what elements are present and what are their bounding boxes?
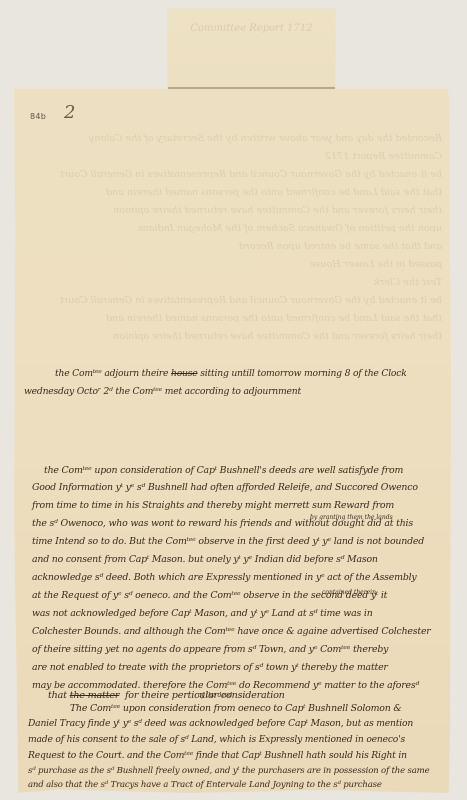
text-line: Colchester Bounds. and although the Comᵗ… xyxy=(32,623,431,641)
text-line: time Intend so to do. But the Comᵗᵉᵉ obs… xyxy=(32,533,431,551)
slip-fold-line xyxy=(168,87,335,89)
minutes-text: the Comᵗᵉᵉ adjourn theire xyxy=(55,368,168,379)
struck-word: house xyxy=(171,368,198,379)
paragraph-tracy-deed-body: Daniel Tracy finde yᵗ yᵉ sᵈ deed was ack… xyxy=(28,716,430,792)
text-line: acknowledge sᵈ deed. Both which are Expr… xyxy=(32,569,431,587)
text-line: made of his consent to the sale of sᵈ La… xyxy=(28,732,430,748)
bleed-through-text: Recorded the day and year above written … xyxy=(22,130,442,346)
text-line: Daniel Tracy finde yᵗ yᵉ sᵈ deed was ack… xyxy=(28,716,430,732)
bleed-line: their heirs forever and the Committee ha… xyxy=(22,202,442,220)
minutes-adjournment: the Comᵗᵉᵉ adjourn theire house sitting … xyxy=(55,365,407,383)
text-line: are not enabled to treate with the propr… xyxy=(32,659,431,677)
text-line: the sᵈ Owenoco, who was wont to reward h… xyxy=(32,515,431,533)
bleed-line: and that the same be entred upon Record xyxy=(22,238,442,256)
text-line: from time to time in his Straights and t… xyxy=(32,497,431,515)
bleed-line: Committee Report 1712 xyxy=(22,148,442,166)
scan-background: Committee Report 1712 84b 2 Recorded the… xyxy=(0,0,467,800)
text-line: and no consent from Capᵗ Mason. but onel… xyxy=(32,551,431,569)
text-line: sᵈ purchase as the sᵈ Bushnell freely ow… xyxy=(28,764,430,778)
archive-label: 84b xyxy=(30,112,46,121)
text-line: at the Request of yᵉ sᵈ oeneco. and the … xyxy=(32,587,431,605)
bleed-line: that the said Land be confirmed unto the… xyxy=(22,184,442,202)
page-number: 2 xyxy=(64,102,75,123)
minutes-line: the Comᵗᵉᵉ adjourn theire house sitting … xyxy=(55,365,407,383)
text-line: Request to the Court. and the Comᵗᵉᵉ fin… xyxy=(28,748,430,764)
paragraph-bushnell-deeds: the Comᵗᵉᵉ upon consideration of Capᵗ Bu… xyxy=(44,462,403,480)
text-line: was not acknowledged before Capᵗ Mason, … xyxy=(32,605,431,623)
text-line: and also that the sᵈ Tracys have a Tract… xyxy=(28,778,430,792)
text-line: Good Information yᵗ yᵉ sᵈ Bushnell had o… xyxy=(32,479,431,497)
bleed-line: their heirs forever and the Committee ha… xyxy=(22,328,442,346)
slip-faint-text: Committee Report 1712 xyxy=(168,23,335,34)
text: that xyxy=(48,690,70,701)
minutes-meeting-date: wednesday Octoʳ 2ᵈ the Comᵗᵉᵉ met accord… xyxy=(24,383,301,401)
attached-paper-slip: Committee Report 1712 xyxy=(168,9,335,89)
interlineation: of the deed xyxy=(198,692,232,699)
text-line: of theire sitting yet no agents do appea… xyxy=(32,641,431,659)
bleed-line: be it enacted by the Governour Council a… xyxy=(22,166,442,184)
minutes-line: wednesday Octoʳ 2ᵈ the Comᵗᵉᵉ met accord… xyxy=(24,383,301,401)
bleed-line: Recorded the day and year above written … xyxy=(22,130,442,148)
bleed-line: upon the petition of Owaneco Sachem of t… xyxy=(22,220,442,238)
bleed-line: be it enacted by the Governour Council a… xyxy=(22,292,442,310)
bleed-line: that the said Land be confirmed unto the… xyxy=(22,310,442,328)
bleed-line: Test the Clerk xyxy=(22,274,442,292)
text-line: the Comᵗᵉᵉ upon consideration of Capᵗ Bu… xyxy=(44,462,403,480)
paragraph-bushnell-deeds-body: Good Information yᵗ yᵉ sᵈ Bushnell had o… xyxy=(32,479,431,695)
minutes-text: sitting untill tomorrow morning 8 of the… xyxy=(200,368,406,379)
bleed-line: passed in the Lower House xyxy=(22,256,442,274)
